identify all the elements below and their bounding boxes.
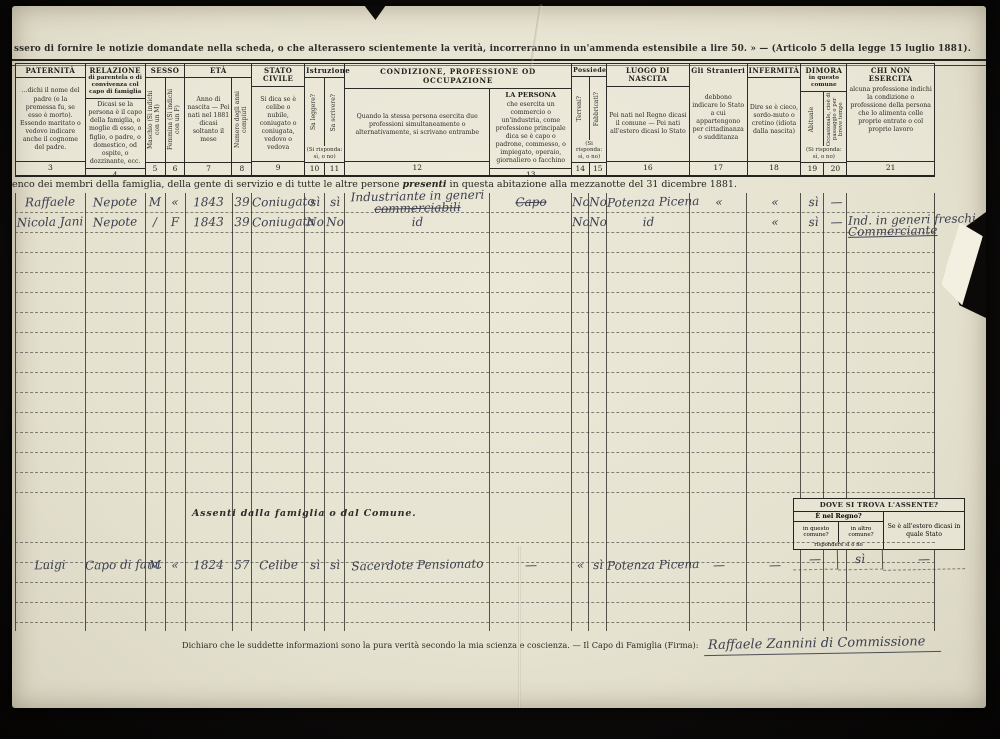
subcolumn-label: Anno di nascita — Pei nati nel 1881 dica… [185,96,231,144]
absent-box-title: DOVE SI TROVA L'ASSENTE? [793,498,965,512]
subcolumn-title: LA PERSONA [490,89,571,99]
head-of-family-signature: Raffaele Zannini di Commissione [704,634,942,656]
column-header-dimora: DIMORAin questo comune Abituale Occasion… [801,64,847,175]
column-header-istruzione: Istruzione Sa leggere? Sa scrivere? (Si … [305,64,345,175]
column-numbers: 1415 [572,162,606,175]
row-line [15,372,935,373]
column-description: Dire se è cieco, sordo-muto o cretino (i… [748,78,801,161]
handwritten-entry: sì [305,196,325,210]
handwritten-entry: 1843 [185,196,232,210]
row-line [15,432,935,433]
handwritten-entry: No [589,196,607,210]
handwritten-entry: — [883,549,965,571]
row-line [15,412,935,413]
row-line [15,602,935,603]
eta-subcolumns: Anno di nascita — Pei nati nel 1881 dica… [185,78,251,162]
subcolumn-label: Sa scrivere? [331,94,338,131]
caption-text: enco dei membri della famiglia, della ge… [12,179,403,190]
handwritten-entry: No [325,216,345,230]
handwritten-entry: No [305,216,325,230]
column-header-chi-non-esercita: CHI NON ESERCITA alcuna professione indi… [847,64,934,175]
column-title-main: DIMORA [805,66,842,75]
row-line [15,542,935,543]
column-number: 3 [16,161,85,175]
handwritten-entry: — [825,216,848,230]
row-line [15,352,935,353]
absent-box-note: rispondere sì o no [794,542,883,549]
present-persons-caption: enco dei membri della famiglia, della ge… [12,179,972,190]
column-number: 7 [185,163,231,175]
column-description: Pei nati nel Regno dicasi il comune — Pe… [607,87,689,161]
column-note: (Si risponda: sì, o no) [801,146,846,162]
table-header: PATERNITÀ …dichi il nome del padre (e la… [15,63,935,177]
column-description: Quando la stessa persona esercita due pr… [345,89,489,161]
column-title-sub: in questo comune [802,75,845,89]
column-header-luogo-nascita: LUOGO DI NASCITA Pei nati nel Regno dica… [607,64,690,175]
paper-fold-notch [364,5,386,20]
handwritten-entry: Potenza Picena [607,558,690,573]
handwritten-entry: « [165,196,185,210]
photo-backdrop: ssero di fornire le notizie domandate ne… [0,0,1000,739]
subcolumn-label: Femmina (Si indichi con un F) [168,88,182,152]
column-description: alcuna professione indichi la condizione… [847,84,934,136]
column-header-relazione: RELAZIONEdi parentela o di convivenza co… [86,64,146,175]
handwritten-entry: Capo [490,195,572,210]
handwritten-entry: id [607,215,690,230]
column-number: 21 [847,161,934,175]
column-note: (Si risponda: sì, o no) [305,146,344,162]
handwritten-entry: sì [802,196,825,210]
handwritten-entry: « [748,215,802,229]
handwritten-entry: 39 [232,216,252,230]
column-number: 20 [823,163,846,175]
subcolumn-terreni: Terreni? [572,77,589,140]
absent-box-regno-label: È nel Regno? [794,512,883,522]
column-title: PATERNITÀ [16,64,85,78]
handwritten-entry: « [165,559,185,573]
column-number: 15 [589,163,607,175]
column-number: 8 [231,163,251,175]
column-title: INFERMITÀ [748,64,801,78]
column-description: Dicasi se la persona è il capo della fam… [86,99,145,168]
row-line [15,232,935,233]
column-description: che esercita un commercio o un'industria… [490,99,571,168]
column-header-possiede: Possiede Terreni? Fabbricati? (Si rispon… [572,64,607,175]
handwritten-entry: Nepote [85,215,145,229]
census-sheet-1881: ssero di fornire le notizie domandate ne… [12,6,986,708]
column-header-stato-civile: STATO CIVILE Si dica se è celibe o nubil… [252,64,305,175]
handwritten-entry: Luigi [15,558,85,573]
column-header-paternita: PATERNITÀ …dichi il nome del padre (e la… [16,64,86,175]
row-line [15,452,935,453]
handwritten-entry: — [490,558,572,573]
row-line [15,332,935,333]
handwritten-entry: M [145,196,165,210]
column-title: STATO CIVILE [252,64,304,87]
handwritten-entry: « [690,195,748,209]
column-title: Istruzione [305,64,344,78]
absent-box-estero-label: Se è all'estero dicasi in quale Stato [884,512,964,549]
column-title: DIMORAin questo comune [801,64,846,92]
column-number: 19 [801,163,823,175]
condizione-subcolumns: Quando la stessa persona esercita due pr… [345,89,571,175]
column-header-infermita: INFERMITÀ Dire se è cieco, sordo-muto o … [748,64,802,175]
handwritten-entry: Capo di fam. [85,558,145,572]
dimora-subcolumns: Abituale Occasionale, cioè di passaggio … [801,92,846,146]
column-title-sub: di parentela o di convivenza col capo di… [87,75,144,96]
handwritten-entry: « [572,559,589,573]
handwritten-entry: sì [325,196,345,210]
column-number: 13 [490,168,571,179]
handwritten-entry: — [690,558,748,572]
possiede-subcolumns: Terreni? Fabbricati? [572,77,606,140]
absent-section-heading: Assenti dalla famiglia o dal Comune. [192,508,416,519]
subcolumn-label: Occasionale, cioè di passaggio o per bre… [826,92,844,146]
subcolumn-anni-compiuti: Numero degli anni compiuti [231,78,251,162]
column-title: LUOGO DI NASCITA [607,64,689,87]
column-title: SESSO [146,64,185,78]
handwritten-entry: — [825,196,848,210]
subcolumn-maschio: Maschio (Si indichi con un M) [146,78,165,162]
column-description: debbono indicare lo Stato a cui apparten… [690,75,747,161]
row-line [15,472,935,473]
column-number: 16 [607,161,689,175]
column-numbers: 1011 [305,162,344,175]
column-number: 4 [86,168,145,179]
absent-box-altro-comune: in altro comune? [838,522,883,542]
subcolumn-professione: Quando la stessa persona esercita due pr… [345,89,489,175]
column-number: 18 [748,161,801,175]
handwritten-entry: 39 [232,196,252,210]
column-header-condizione: CONDIZIONE, PROFESSIONE OD OCCUPAZIONE Q… [345,64,572,175]
subcolumn-la-persona: LA PERSONA che esercita un commercio o u… [489,89,571,175]
column-number: 17 [690,161,747,175]
absent-box-header: È nel Regno? in questo comune? in altro … [793,512,965,550]
handwritten-entry: No [572,216,589,230]
column-title: Possiede [572,64,606,77]
row-line [15,272,935,273]
subcolumn-anno-nascita: Anno di nascita — Pei nati nel 1881 dica… [185,78,231,162]
legal-notice: ssero di fornire le notizie domandate ne… [14,44,894,54]
absent-box-questo-comune: in questo comune? [794,522,838,542]
subcolumn-femmina: Femmina (Si indichi con un F) [165,78,185,162]
subcolumn-label: Abituale [809,107,816,132]
handwritten-entry: sì [589,559,607,573]
column-number: 12 [345,161,489,175]
handwritten-entry: Coniugato [252,195,305,209]
column-note: (Si risponda: sì, o no) [572,140,606,162]
column-description: Si dica se è celibe o nubile, coniugato … [252,87,304,161]
column-number: 9 [252,161,304,175]
handwritten-entry: Nicola Jani [15,215,85,230]
subcolumn-occasionale: Occasionale, cioè di passaggio o per bre… [823,92,846,146]
sesso-subcolumns: Maschio (Si indichi con un M) Femmina (S… [146,78,185,162]
column-title: CHI NON ESERCITA [847,64,934,84]
column-number: 6 [165,163,185,175]
column-title: ETÀ [185,64,251,78]
handwritten-entry: sì [325,559,345,573]
caption-text: in questa abitazione alla mezzanotte del… [447,179,737,190]
column-number: 10 [305,163,324,175]
handwritten-entry: Celibe [252,558,305,572]
absent-location-box: DOVE SI TROVA L'ASSENTE? È nel Regno? in… [793,498,965,570]
handwritten-entry: No [589,216,607,230]
handwritten-entry: / [145,216,165,230]
row-line [15,252,935,253]
subcolumn-label: Maschio (Si indichi con un M) [148,88,162,152]
subcolumn-label: Numero degli anni compiuti [235,88,249,152]
row-line [15,622,935,623]
declaration-text: Dichiaro che le suddette informazioni so… [182,636,698,650]
istruzione-subcolumns: Sa leggere? Sa scrivere? [305,78,344,146]
subcolumn-sa-leggere: Sa leggere? [305,78,324,146]
subcolumn-label: Terreni? [577,96,584,121]
subcolumn-label: Fabbricati? [594,92,601,126]
handwritten-entry: — [748,558,802,572]
handwritten-entry: No [572,196,589,210]
absent-box-regno-group: È nel Regno? in questo comune? in altro … [794,512,884,549]
handwritten-entry: sì [838,550,883,571]
handwritten-entry: 1843 [185,216,232,230]
row-line [15,492,935,493]
handwritten-entry: sì [802,216,825,230]
handwritten-entry: 57 [232,559,252,573]
column-description: …dichi il nome del padre (e la premessa … [16,78,85,161]
handwritten-entry: Nepote [85,195,145,209]
subcolumn-abituale: Abituale [801,92,823,146]
column-numbers: 56 [146,162,185,175]
group-title: CONDIZIONE, PROFESSIONE OD OCCUPAZIONE [345,64,571,89]
column-header-stranieri: Gli Stranieri debbono indicare lo Stato … [690,64,748,175]
column-number: 14 [572,163,589,175]
column-title: Gli Stranieri [690,64,747,75]
column-title: RELAZIONEdi parentela o di convivenza co… [86,64,145,99]
row-line [15,312,935,313]
column-header-eta: ETÀ Anno di nascita — Pei nati nel 1881 … [185,64,252,175]
handwritten-entry: Raffaele [15,195,85,210]
column-title-main: RELAZIONE [90,66,141,75]
handwritten-entry: M [145,559,165,573]
column-header-sesso: SESSO Maschio (Si indichi con un M) Femm… [146,64,186,175]
column-number: 5 [146,163,165,175]
handwritten-entry: Potenza Picena [607,195,690,210]
subcolumn-label: Sa leggere? [311,94,318,130]
row-line [15,392,935,393]
absent-box-values: — sì — [793,550,965,570]
handwritten-entry: F [165,216,185,230]
handwritten-entry: 1824 [185,559,232,573]
handwritten-entry: « [748,195,802,209]
absent-box-subcolumns: in questo comune? in altro comune? [794,522,883,542]
handwritten-entry: Coniugata [252,215,305,229]
column-numbers: 1920 [801,162,846,175]
declaration-row: Dichiaro che le suddette informazioni so… [182,636,942,654]
column-number: 11 [324,163,344,175]
row-line [15,582,935,583]
row-line [15,292,935,293]
subcolumn-sa-scrivere: Sa scrivere? [324,78,344,146]
column-numbers: 78 [185,162,251,175]
subcolumn-fabbricati: Fabbricati? [589,77,607,140]
handwritten-entry: sì [305,559,325,573]
handwritten-entry: Commerciante [848,224,935,239]
